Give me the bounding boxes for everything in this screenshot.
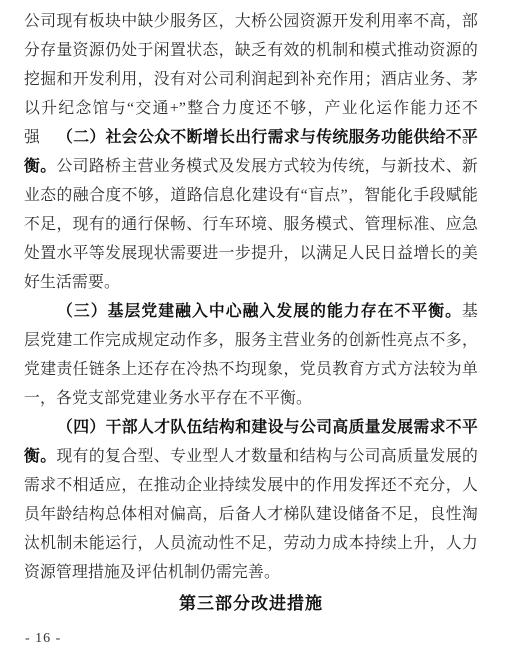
text-line: 一，各党支部党建业务水平存在不平衡。 <box>24 384 478 413</box>
text-line: 挖掘和开发利用，没有对公司利润起到补充作用；酒店业务、茅 <box>24 65 478 94</box>
text-line: 汰机制未能运行，人员流动性不足，劳动力成本持续上升，人力 <box>24 529 478 558</box>
body-text: 一，各党支部党建业务水平存在不平衡。 <box>24 390 312 407</box>
body-text: 资源管理措施及评估机制仍需完善。 <box>24 564 280 581</box>
text-line: 需求不相适应，在推动企业持续发展中的作用发挥还不充分，人 <box>24 471 478 500</box>
heading-text: 衡。 <box>24 448 56 465</box>
body-text: 基 <box>462 303 478 320</box>
section-heading-line: （四）干部人才队伍结构和建设与公司高质量发展需求不平 <box>24 413 478 442</box>
text-line: 衡。现有的复合型、专业型人才数量和结构与公司高质量发展的 <box>24 442 478 471</box>
document-page: 公司现有板块中缺少服务区，大桥公园资源开发利用率不高，部 分存量资源仍处于闲置状… <box>0 0 507 664</box>
body-text: 挖掘和开发利用，没有对公司利润起到补充作用；酒店业务、茅 <box>24 71 478 88</box>
text-line: 处置水平等发展现状需要进一步提升，以满足人民日益增长的美 <box>24 239 478 268</box>
page-number: - 16 - <box>25 631 61 647</box>
body-text: 汰机制未能运行，人员流动性不足，劳动力成本持续上升，人力 <box>24 535 478 552</box>
body-text: 业态的融合度不够，道路信息化建设有“盲点”，智能化手段赋能 <box>24 187 478 204</box>
text-line: 层党建工作完成规定动作多，服务主营业务的创新性亮点不多， <box>24 326 478 355</box>
section-heading-line: （二）社会公众不断增长出行需求与传统服务功能供给不平 <box>24 123 478 152</box>
body-text: 党建责任链条上还存在冷热不均现象，党员教育方式方法较为单 <box>24 361 478 378</box>
text-line: 分存量资源仍处于闲置状态，缺乏有效的机制和模式推动资源的 <box>24 36 478 65</box>
heading-text: （四）干部人才队伍结构和建设与公司高质量发展需求不平 <box>57 419 478 436</box>
text-line: 业态的融合度不够，道路信息化建设有“盲点”，智能化手段赋能 <box>24 181 478 210</box>
body-text: 需求不相适应，在推动企业持续发展中的作用发挥还不充分，人 <box>24 477 478 494</box>
body-text: 好生活需要。 <box>24 274 120 291</box>
body-text: 现有的复合型、专业型人才数量和结构与公司高质量发展的 <box>56 448 478 465</box>
text-line: 党建责任链条上还存在冷热不均现象，党员教育方式方法较为单 <box>24 355 478 384</box>
heading-text: （三）基层党建融入中心融入发展的能力存在不平衡。 <box>57 303 462 320</box>
text-line: 以升纪念馆与“交通+”整合力度还不够，产业化运作能力还不强。 <box>24 94 478 123</box>
heading-text: 衡。 <box>24 158 56 175</box>
document-text-block: 公司现有板块中缺少服务区，大桥公园资源开发利用率不高，部 分存量资源仍处于闲置状… <box>24 7 478 619</box>
heading-text: （二）社会公众不断增长出行需求与传统服务功能供给不平 <box>57 129 478 146</box>
body-text: 层党建工作完成规定动作多，服务主营业务的创新性亮点不多， <box>24 332 478 349</box>
section-title: 第三部分改进措施 <box>24 589 478 619</box>
text-line: 员年龄结构总体相对偏高，后备人才梯队建设储备不足，良性淘 <box>24 500 478 529</box>
text-line: 不足，现有的通行保畅、行车环境、服务模式、管理标准、应急 <box>24 210 478 239</box>
body-text: 不足，现有的通行保畅、行车环境、服务模式、管理标准、应急 <box>24 216 478 233</box>
text-line: 资源管理措施及评估机制仍需完善。 <box>24 558 478 587</box>
body-text: 公司现有板块中缺少服务区，大桥公园资源开发利用率不高，部 <box>24 13 478 30</box>
body-text: 分存量资源仍处于闲置状态，缺乏有效的机制和模式推动资源的 <box>24 42 478 59</box>
body-text: 员年龄结构总体相对偏高，后备人才梯队建设储备不足，良性淘 <box>24 506 478 523</box>
text-line: 公司现有板块中缺少服务区，大桥公园资源开发利用率不高，部 <box>24 7 478 36</box>
text-line: 衡。公司路桥主营业务模式及发展方式较为传统，与新技术、新 <box>24 152 478 181</box>
body-text: 公司路桥主营业务模式及发展方式较为传统，与新技术、新 <box>56 158 478 175</box>
body-text: 处置水平等发展现状需要进一步提升，以满足人民日益增长的美 <box>24 245 478 262</box>
text-line: 好生活需要。 <box>24 268 478 297</box>
section-heading-line: （三）基层党建融入中心融入发展的能力存在不平衡。基 <box>24 297 478 326</box>
